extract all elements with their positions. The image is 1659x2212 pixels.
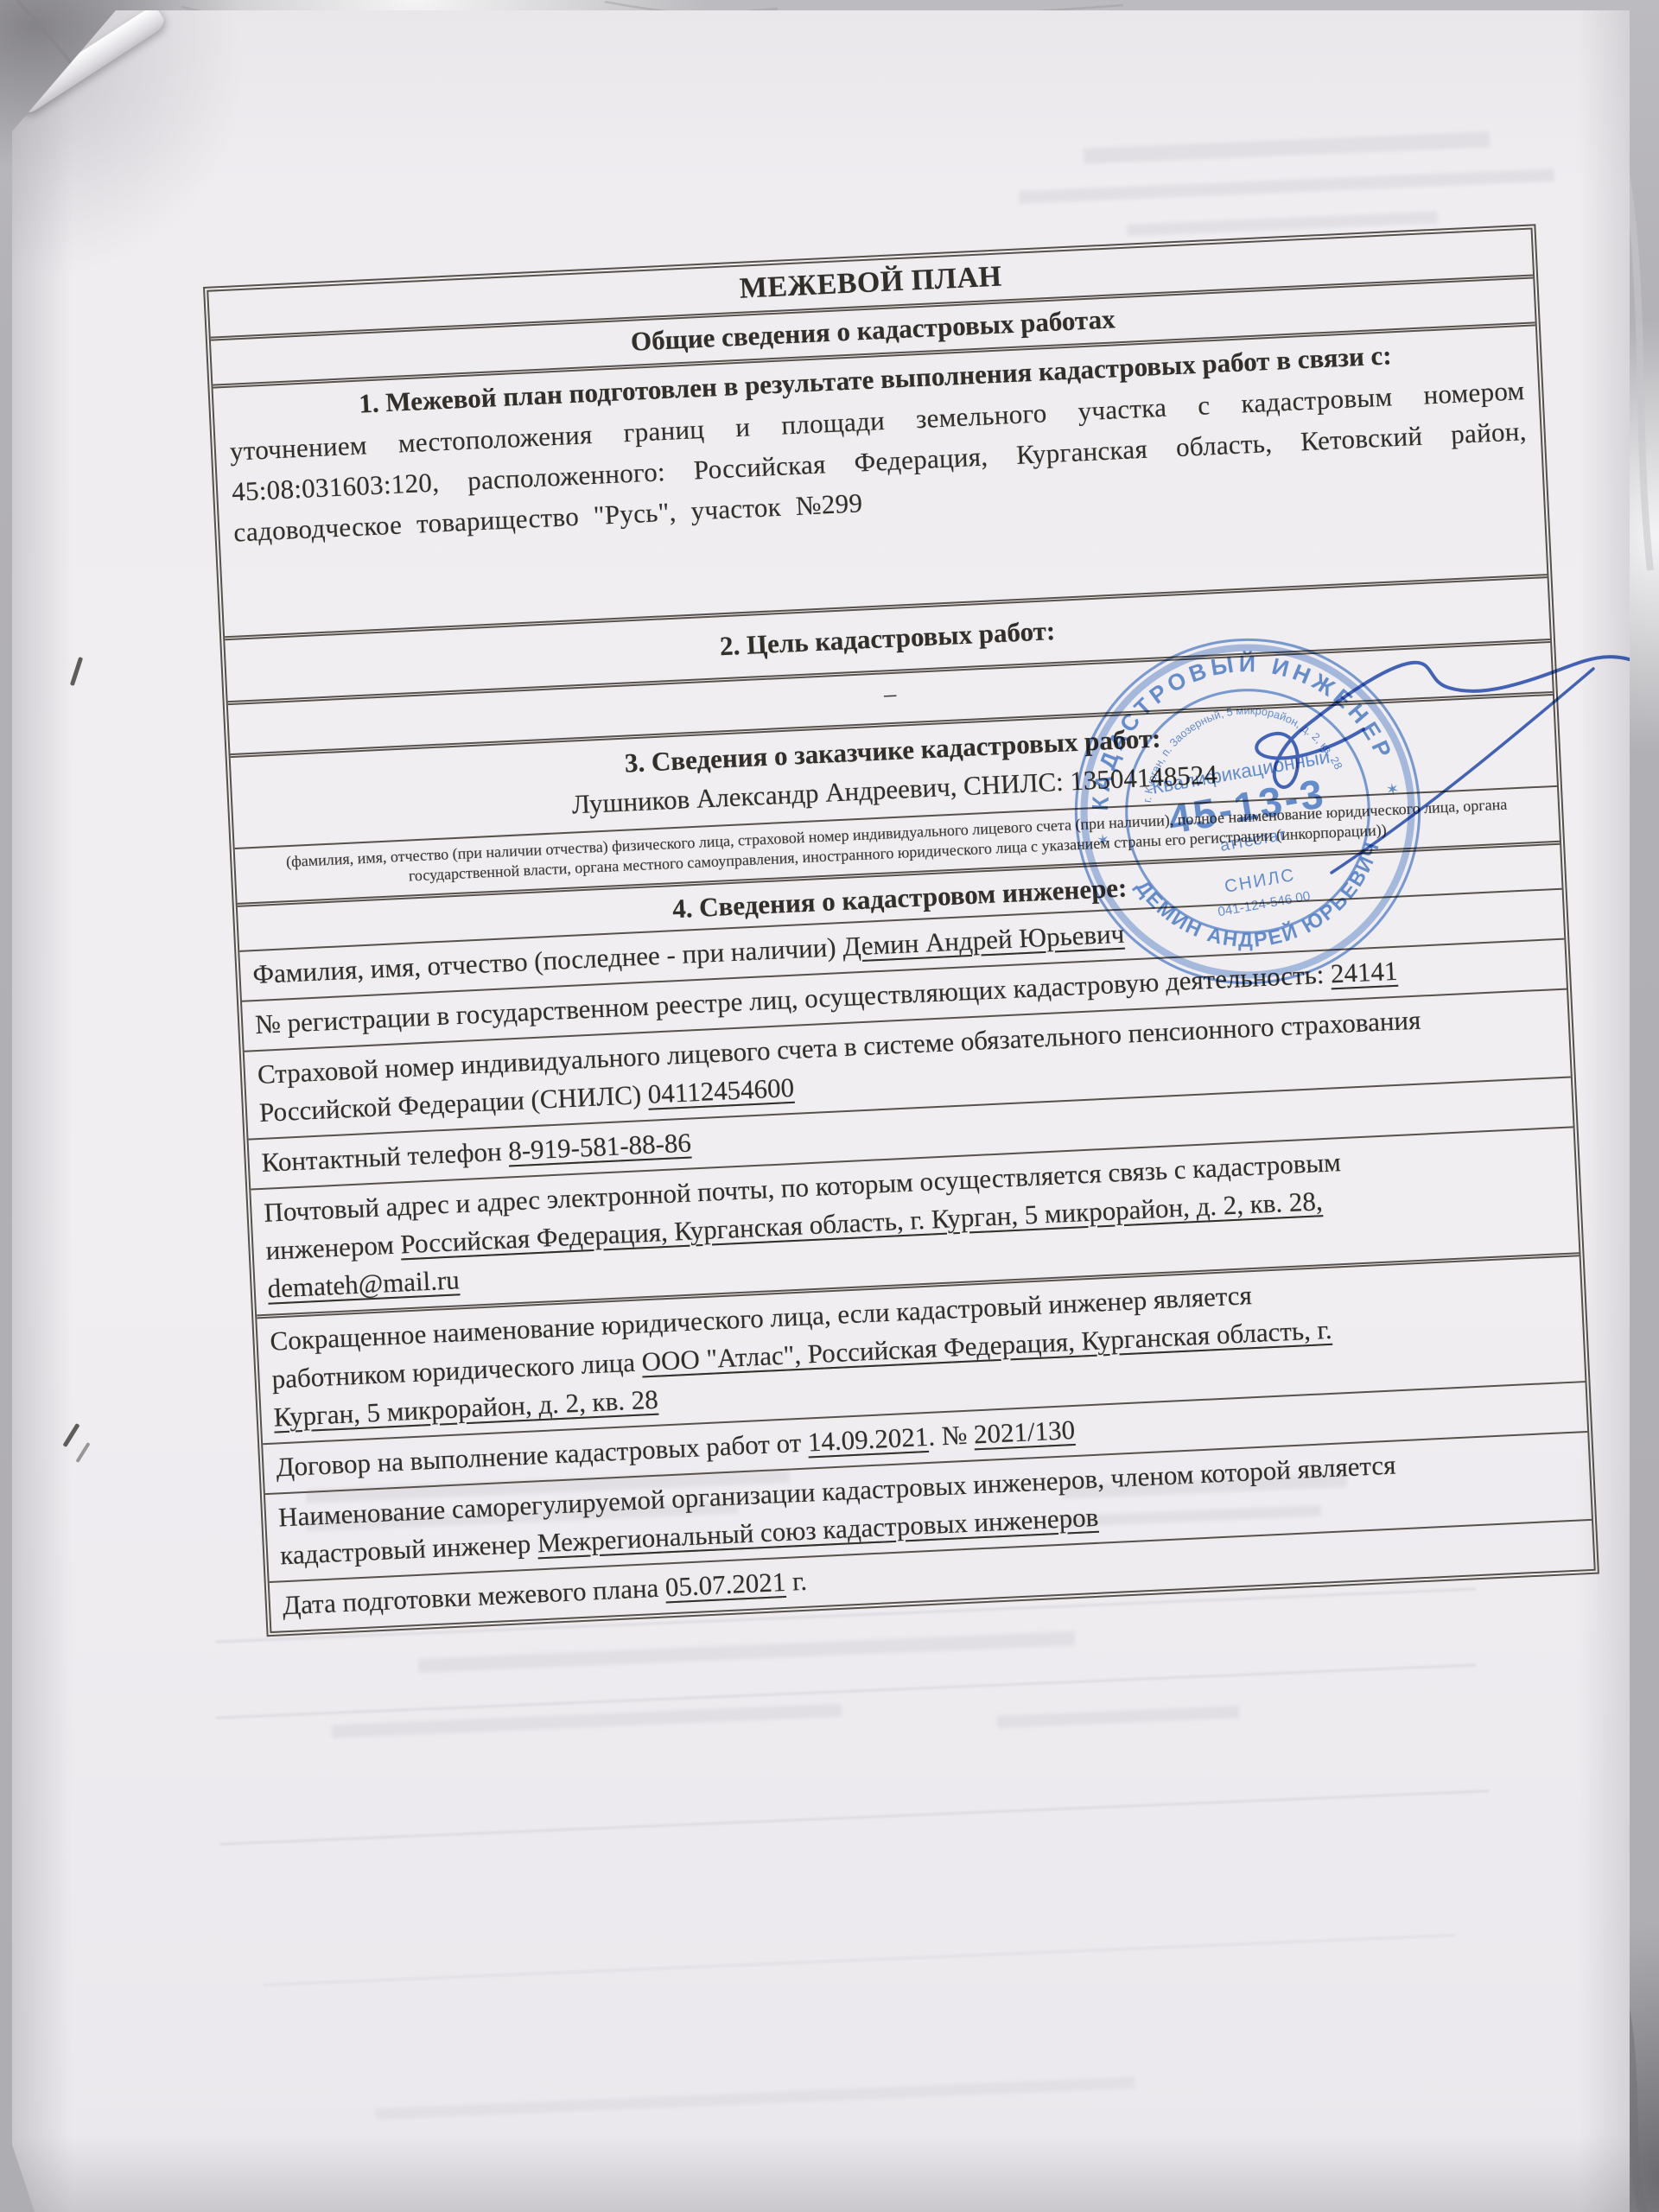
field-label: Дата подготовки межевого плана	[282, 1572, 666, 1620]
field-label: Контактный телефон	[261, 1135, 509, 1177]
field-label: г.	[785, 1566, 807, 1597]
show-through-text	[1084, 131, 1490, 164]
staple-mark	[70, 657, 83, 686]
show-through-text	[375, 2077, 1135, 2120]
star-separator-icon: ✶	[1095, 830, 1111, 850]
field-value: 05.07.2021	[664, 1567, 786, 1603]
signature	[1127, 615, 1645, 900]
show-through-line	[216, 1663, 1477, 1719]
field-label: . №	[927, 1419, 974, 1451]
staple-mark	[62, 1423, 79, 1447]
field-value: 04112454600	[647, 1072, 795, 1109]
show-through-line	[220, 1789, 1490, 1846]
show-through-text	[418, 1631, 1075, 1673]
show-through-text	[997, 1706, 1239, 1728]
staple-mark	[75, 1442, 90, 1463]
field-value: 8-919-581-88-86	[507, 1128, 691, 1166]
show-through-text	[1019, 168, 1554, 204]
paper-sheet: МЕЖЕВОЙ ПЛАН Общие сведения о кадастровы…	[12, 10, 1630, 2212]
show-through-line	[264, 1934, 1455, 1986]
field-value: 14.09.2021	[807, 1421, 929, 1458]
field-value: 2021/130	[973, 1414, 1076, 1449]
